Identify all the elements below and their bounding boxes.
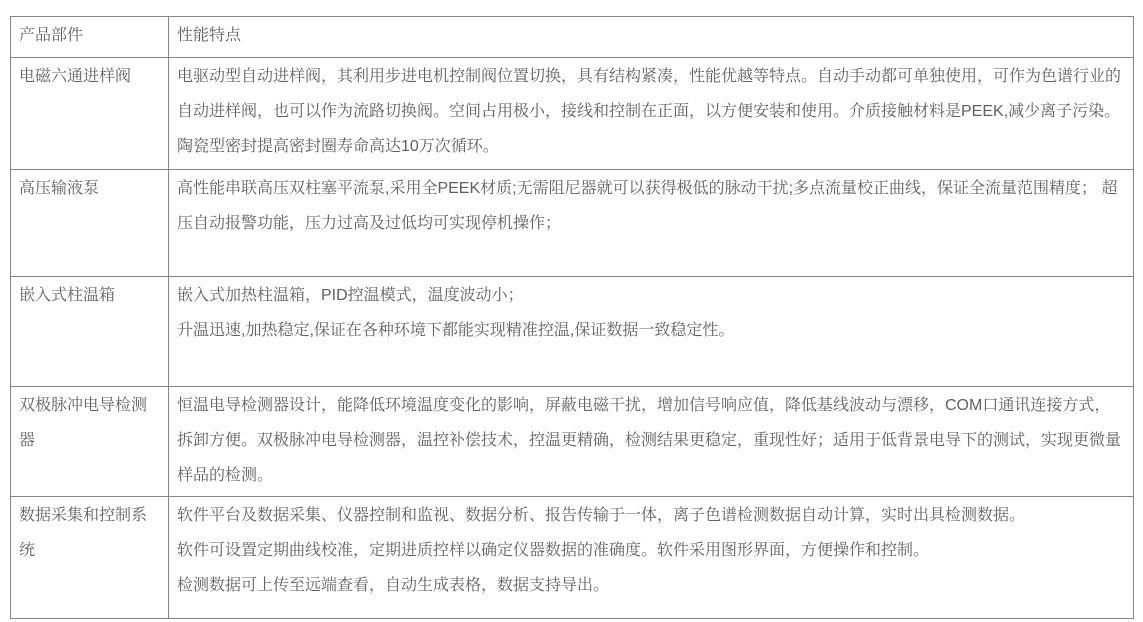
feature-paragraph: 升温迅速,加热稳定,保证在各种环境下都能实现精准控温,保证数据一致稳定性。 <box>177 313 1125 348</box>
table-row: 高压输液泵 高性能串联高压双柱塞平流泵,采用全PEEK材质;无需阻尼器就可以获得… <box>11 170 1134 277</box>
header-row: 产品部件 性能特点 <box>11 17 1134 58</box>
component-cell: 嵌入式柱温箱 <box>11 277 169 387</box>
feature-paragraph: 嵌入式加热柱温箱，PID控温模式，温度波动小； <box>177 278 1125 313</box>
feature-paragraph: 软件平台及数据采集、仪器控制和监视、数据分析、报告传输于一体，离子色谱检测数据自… <box>177 498 1125 533</box>
product-spec-table: 产品部件 性能特点 电磁六通进样阀 电驱动型自动进样阀，其利用步进电机控制阀位置… <box>10 16 1134 619</box>
header-features: 性能特点 <box>169 17 1134 58</box>
features-cell: 高性能串联高压双柱塞平流泵,采用全PEEK材质;无需阻尼器就可以获得极低的脉动干… <box>169 170 1134 277</box>
feature-paragraph: 高性能串联高压双柱塞平流泵,采用全PEEK材质;无需阻尼器就可以获得极低的脉动干… <box>177 171 1125 241</box>
table-row: 数据采集和控制系统 软件平台及数据采集、仪器控制和监视、数据分析、报告传输于一体… <box>11 497 1134 619</box>
features-cell: 电驱动型自动进样阀，其利用步进电机控制阀位置切换，具有结构紧凑，性能优越等特点。… <box>169 58 1134 170</box>
table-row: 电磁六通进样阀 电驱动型自动进样阀，其利用步进电机控制阀位置切换，具有结构紧凑，… <box>11 58 1134 170</box>
features-cell: 软件平台及数据采集、仪器控制和监视、数据分析、报告传输于一体，离子色谱检测数据自… <box>169 497 1134 619</box>
feature-paragraph: 电驱动型自动进样阀，其利用步进电机控制阀位置切换，具有结构紧凑，性能优越等特点。… <box>177 59 1125 164</box>
feature-paragraph: 恒温电导检测器设计，能降低环境温度变化的影响，屏蔽电磁干扰，增加信号响应值，降低… <box>177 388 1125 493</box>
table-row: 双极脉冲电导检测器 恒温电导检测器设计，能降低环境温度变化的影响，屏蔽电磁干扰，… <box>11 387 1134 497</box>
page: 产品部件 性能特点 电磁六通进样阀 电驱动型自动进样阀，其利用步进电机控制阀位置… <box>0 0 1143 622</box>
component-cell: 电磁六通进样阀 <box>11 58 169 170</box>
feature-paragraph: 软件可设置定期曲线校准，定期进质控样以确定仪器数据的准确度。软件采用图形界面，方… <box>177 533 1125 568</box>
component-cell: 高压输液泵 <box>11 170 169 277</box>
features-cell: 嵌入式加热柱温箱，PID控温模式，温度波动小； 升温迅速,加热稳定,保证在各种环… <box>169 277 1134 387</box>
feature-paragraph: 检测数据可上传至远端查看，自动生成表格，数据支持导出。 <box>177 568 1125 603</box>
features-cell: 恒温电导检测器设计，能降低环境温度变化的影响，屏蔽电磁干扰，增加信号响应值，降低… <box>169 387 1134 497</box>
component-cell: 双极脉冲电导检测器 <box>11 387 169 497</box>
component-cell: 数据采集和控制系统 <box>11 497 169 619</box>
header-component: 产品部件 <box>11 17 169 58</box>
table-row: 嵌入式柱温箱 嵌入式加热柱温箱，PID控温模式，温度波动小； 升温迅速,加热稳定… <box>11 277 1134 387</box>
